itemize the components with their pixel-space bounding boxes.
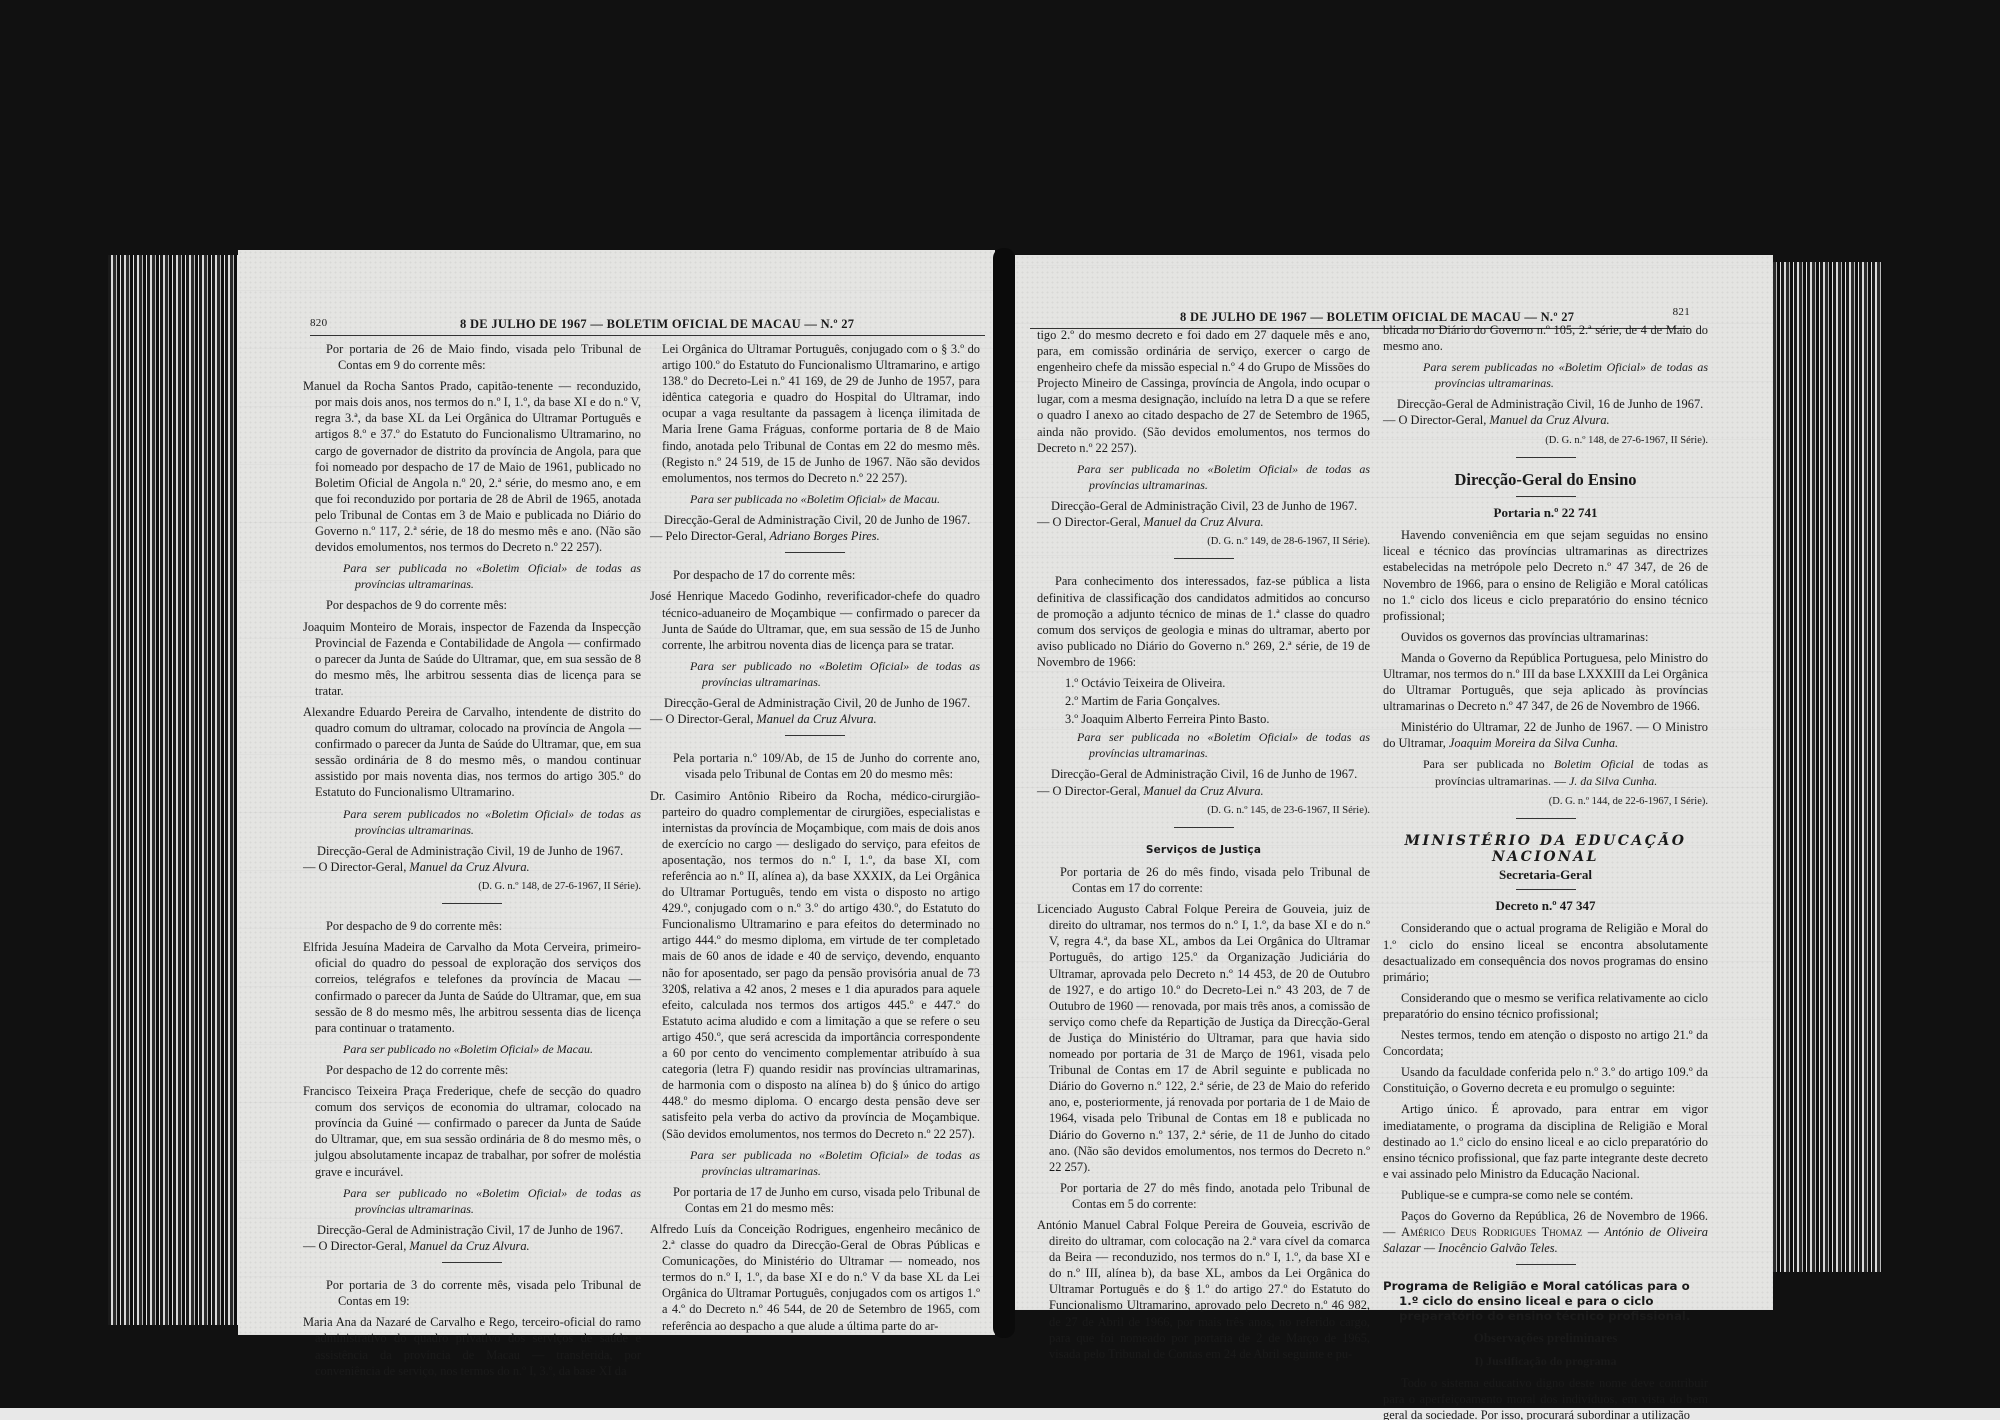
signature-line: Direcção-Geral de Administração Civil, 1…	[1383, 396, 1708, 412]
gazette-reference: (D. G. n.º 144, de 22-6-1967, I Série).	[1383, 794, 1708, 810]
portaria-paragraph: Ouvidos os governos das províncias ultra…	[1383, 629, 1708, 645]
portaria-signature: Ministério do Ultramar, 22 de Junho de 1…	[1383, 719, 1708, 751]
decreto-paragraph: Publique-se e cumpra-se como nele se con…	[1383, 1187, 1708, 1203]
entry-body-continued: blicada no Diário do Governo n.º 105, 2.…	[1383, 322, 1708, 354]
gazette-reference: (D. G. n.º 148, de 27-6-1967, II Série).	[303, 879, 641, 895]
signature-line: Direcção-Geral de Administração Civil, 2…	[650, 695, 980, 711]
signature-prefix: — O Director-Geral,	[1037, 784, 1143, 798]
decreto-paragraph: Considerando que o mesmo se verifica rel…	[1383, 990, 1708, 1022]
decreto-paragraph: Considerando que o actual programa de Re…	[1383, 920, 1708, 984]
publication-note: Para ser publicada no Boletim Oficial de…	[1383, 756, 1708, 788]
column-1: Por portaria de 26 de Maio findo, visada…	[303, 341, 641, 1384]
publication-note: Para ser publicada no «Boletim Oficial» …	[650, 1147, 980, 1179]
signature-name-line: — O Director-Geral, Manuel da Cruz Alvur…	[303, 859, 641, 875]
gazette-reference: (D. G. n.º 148, de 27-6-1967, II Série).	[1383, 433, 1708, 449]
pub-gazette-name: Boletim Oficial	[1554, 757, 1634, 771]
signatory-name: Manuel da Cruz Alvura.	[1143, 515, 1263, 529]
publication-note: Para ser publicado no «Boletim Oficial» …	[303, 1185, 641, 1217]
publication-note: Para ser publicada no «Boletim Oficial» …	[650, 491, 980, 507]
signatory-name: Manuel da Cruz Alvura.	[409, 1239, 529, 1253]
signature-name-line: — O Director-Geral, Manuel da Cruz Alvur…	[1037, 783, 1370, 799]
decreto-paragraph: Nestes termos, tendo em atenção o dispos…	[1383, 1027, 1708, 1059]
signatory-name: Adriano Borges Pires.	[769, 529, 879, 543]
entry-body: Alfredo Luís da Conceição Rodrigues, eng…	[650, 1221, 980, 1334]
signature-prefix: — O Director-Geral,	[1037, 515, 1143, 529]
section-divider	[1516, 1264, 1576, 1265]
right-page-stack-edge	[1768, 262, 1883, 1272]
signature-name-line: — O Director-Geral, Manuel da Cruz Alvur…	[650, 711, 980, 727]
signatory-name: J. da Silva Cunha.	[1569, 774, 1657, 788]
book-gutter	[993, 248, 1015, 1338]
section-divider	[785, 552, 845, 553]
section-divider	[1174, 827, 1234, 828]
gazette-reference: (D. G. n.º 145, de 23-6-1967, II Série).	[1037, 803, 1370, 819]
gazette-reference: (D. G. n.º 149, de 28-6-1967, II Série).	[1037, 534, 1370, 550]
justification-paragraph: Todo o sistema educativo digno deste nom…	[1383, 1375, 1708, 1420]
publication-note: Para ser publicado no «Boletim Oficial» …	[303, 1041, 641, 1057]
entry-body: Manuel da Rocha Santos Prado, capitão-te…	[303, 378, 641, 555]
entry-intro: Por despacho de 9 do corrente mês:	[303, 918, 641, 934]
ministry-subheading: Secretaria-Geral	[1383, 867, 1708, 883]
signatory-name: Manuel da Cruz Alvura.	[1489, 413, 1609, 427]
ministry-heading: MINISTÉRIO DA EDUCAÇÃO NACIONAL	[1383, 833, 1708, 865]
section-divider	[1174, 558, 1234, 559]
entry-body: Elfrida Jesuína Madeira de Carvalho da M…	[303, 939, 641, 1036]
signature-line: Direcção-Geral de Administração Civil, 1…	[1037, 766, 1370, 782]
entry-body: Maria Ana da Nazaré de Carvalho e Rego, …	[303, 1314, 641, 1378]
pub-prefix: Para ser publicada no	[1423, 757, 1554, 771]
decreto-title: Decreto n.º 47 347	[1383, 898, 1708, 914]
entry-intro: Por portaria de 26 do mês findo, visada …	[1037, 864, 1370, 896]
entry-body: Joaquim Monteiro de Morais, inspector de…	[303, 619, 641, 699]
entry-intro: Por portaria de 26 de Maio findo, visada…	[303, 341, 641, 373]
portaria-paragraph: Manda o Governo da República Portuguesa,…	[1383, 650, 1708, 714]
running-title-left: 8 DE JULHO DE 1967 — BOLETIM OFICIAL DE …	[460, 317, 854, 332]
entry-body: Francisco Teixeira Praça Frederique, che…	[303, 1083, 641, 1180]
signature-name-line: — O Director-Geral, Manuel da Cruz Alvur…	[1037, 514, 1370, 530]
left-page-stack-edge	[108, 255, 243, 1325]
section-heading: Direcção-Geral do Ensino	[1383, 472, 1708, 488]
signature-line: Direcção-Geral de Administração Civil, 2…	[650, 512, 980, 528]
entry-intro: Por portaria de 17 de Junho em curso, vi…	[650, 1184, 980, 1216]
section-divider	[442, 903, 502, 904]
signature-line: Direcção-Geral de Administração Civil, 1…	[303, 843, 641, 859]
column-4: blicada no Diário do Governo n.º 105, 2.…	[1383, 322, 1708, 1420]
entry-intro: Pela portaria n.º 109/Ab, de 15 de Junho…	[650, 750, 980, 782]
publication-note: Para serem publicadas no «Boletim Oficia…	[1383, 359, 1708, 391]
section-divider	[1516, 457, 1576, 458]
decreto-signature: Paços do Governo da República, 26 de Nov…	[1383, 1208, 1708, 1256]
signature-prefix: — O Director-Geral,	[650, 712, 756, 726]
publication-note: Para ser publicada no «Boletim Oficial» …	[303, 560, 641, 592]
signature-line: Direcção-Geral de Administração Civil, 2…	[1037, 498, 1370, 514]
entry-body: António Manuel Cabral Folque Pereira de …	[1037, 1217, 1370, 1362]
signature-prefix: — Pelo Director-Geral,	[650, 529, 769, 543]
entry-body-continued: Lei Orgânica do Ultramar Português, conj…	[650, 341, 980, 486]
signature-prefix: — O Director-Geral,	[303, 860, 409, 874]
entry-body: Licenciado Augusto Cabral Folque Pereira…	[1037, 901, 1370, 1175]
entry-intro: Por despacho de 12 do corrente mês:	[303, 1062, 641, 1078]
column-2: Lei Orgânica do Ultramar Português, conj…	[650, 341, 980, 1339]
portaria-title: Portaria n.º 22 741	[1383, 505, 1708, 521]
signatory-name: Manuel da Cruz Alvura.	[1143, 784, 1263, 798]
entry-intro: Por portaria de 3 do corrente mês, visad…	[303, 1277, 641, 1309]
entry-body-continued: tigo 2.º do mesmo decreto e foi dado em …	[1037, 327, 1370, 456]
signature-name-line: — O Director-Geral, Manuel da Cruz Alvur…	[1383, 412, 1708, 428]
entry-body: José Henrique Macedo Godinho, reverifica…	[650, 588, 980, 652]
page-number-right: 821	[1673, 306, 1690, 318]
signature-name-line: — Pelo Director-Geral, Adriano Borges Pi…	[650, 528, 980, 544]
observations-heading: Observações preliminares	[1383, 1330, 1708, 1346]
portaria-paragraph: Havendo conveniência em que sejam seguid…	[1383, 527, 1708, 624]
publication-note: Para ser publicado no «Boletim Oficial» …	[650, 658, 980, 690]
publication-note: Para ser publicada no «Boletim Oficial» …	[1037, 729, 1370, 761]
candidate-list-item: 3.º Joaquim Alberto Ferreira Pinto Basto…	[1037, 711, 1370, 727]
signature-line: Direcção-Geral de Administração Civil, 1…	[303, 1222, 641, 1238]
column-3: tigo 2.º do mesmo decreto e foi dado em …	[1037, 327, 1370, 1367]
justification-heading: I) Justificação do programa	[1383, 1353, 1708, 1369]
section-divider	[1516, 496, 1576, 497]
candidate-list-item: 2.º Martim de Faria Gonçalves.	[1037, 693, 1370, 709]
entry-body: Dr. Casimiro Antônio Ribeiro da Rocha, m…	[650, 788, 980, 1142]
entry-intro: Por portaria de 27 do mês findo, anotada…	[1037, 1180, 1370, 1212]
section-divider	[1516, 818, 1576, 819]
section-divider	[785, 735, 845, 736]
publication-note: Para ser publicada no «Boletim Oficial» …	[1037, 461, 1370, 493]
left-running-head: 820 8 DE JULHO DE 1967 — BOLETIM OFICIAL…	[310, 315, 985, 336]
decreto-paragraph: Artigo único. É aprovado, para entrar em…	[1383, 1101, 1708, 1181]
president-name: Américo Deus Rodrigues Thomaz	[1401, 1225, 1582, 1239]
section-heading: Serviços de Justiça	[1037, 842, 1370, 858]
page-number-left: 820	[310, 317, 327, 329]
decreto-paragraph: Usando da faculdade conferida pelo n.º 3…	[1383, 1064, 1708, 1096]
signature-prefix: — O Director-Geral,	[303, 1239, 409, 1253]
entry-intro: Por despacho de 17 do corrente mês:	[650, 567, 980, 583]
candidate-list-item: 1.º Octávio Teixeira de Oliveira.	[1037, 675, 1370, 691]
notice-body: Para conhecimento dos interessados, faz-…	[1037, 573, 1370, 670]
section-divider	[1516, 889, 1576, 890]
entry-body: Alexandre Eduardo Pereira de Carvalho, i…	[303, 704, 641, 801]
signature-name-line: — O Director-Geral, Manuel da Cruz Alvur…	[303, 1238, 641, 1254]
publication-note: Para serem publicados no «Boletim Oficia…	[303, 806, 641, 838]
entry-intro: Por despachos de 9 do corrente mês:	[303, 597, 641, 613]
signatory-name: Manuel da Cruz Alvura.	[756, 712, 876, 726]
programa-title: Programa de Religião e Moral católicas p…	[1383, 1279, 1708, 1324]
signature-prefix: — O Director-Geral,	[1383, 413, 1489, 427]
section-divider	[442, 1262, 502, 1263]
signatory-name: Manuel da Cruz Alvura.	[409, 860, 529, 874]
signatory-name: Joaquim Moreira da Silva Cunha.	[1449, 736, 1618, 750]
